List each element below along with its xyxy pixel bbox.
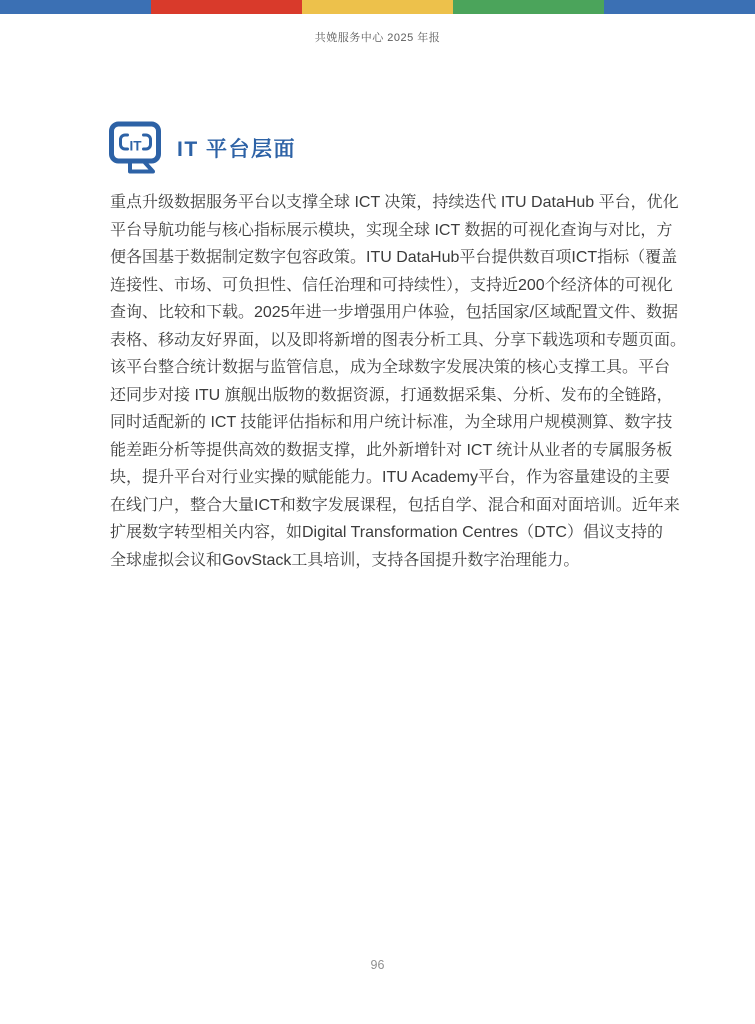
bar-segment <box>302 0 453 14</box>
top-color-bar <box>0 0 755 14</box>
paragraph-line: 平台导航功能与核心指标展示模块，实现全球 ICT 数据的可视化查询与对比，方 <box>110 217 648 245</box>
paragraph-line: 重点升级数据服务平台以支撑全球 ICT 决策，持续迭代 ITU DataHub … <box>110 189 648 217</box>
paragraph-line: 能差距分析等提供高效的数据支撑，此外新增针对 ICT 统计从业者的专属服务板 <box>110 437 648 465</box>
paragraph-line: 块，提升平台对行业实操的赋能能力。ITU Academy平台，作为容量建设的主要 <box>110 464 648 492</box>
it-icon-label: IT <box>130 139 143 154</box>
paragraph-line: 该平台整合统计数据与监管信息，成为全球数字发展决策的核心支撑工具。平台 <box>110 354 648 382</box>
paragraph-line: 全球虚拟会议和GovStack工具培训，支持各国提升数字治理能力。 <box>110 547 648 575</box>
document-page: 共娩服务中心 2025 年报 IT IT 平台层面 重点升级数据服务平台以支撑全… <box>0 0 755 45</box>
page-content: IT IT 平台层面 重点升级数据服务平台以支撑全球 ICT 决策，持续迭代 I… <box>110 120 648 574</box>
paragraph-line: 查询、比较和下载。2025年进一步增强用户体验，包括国家/区域配置文件、数据 <box>110 299 648 327</box>
paragraph-line: 在线门户，整合大量ICT和数字发展课程，包括自学、混合和面对面培训。近年来 <box>110 492 648 520</box>
bar-segment <box>0 0 151 14</box>
section-header: IT IT 平台层面 <box>108 120 648 176</box>
paragraph-line: 便各国基于数据制定数字包容政策。ITU DataHub平台提供数百项ICT指标（… <box>110 244 648 272</box>
body-paragraph: 重点升级数据服务平台以支撑全球 ICT 决策，持续迭代 ITU DataHub … <box>110 189 648 574</box>
section-title: IT 平台层面 <box>177 133 296 163</box>
paragraph-line: 连接性、市场、可负担性、信任治理和可持续性），支持近200个经济体的可视化 <box>110 272 648 300</box>
paragraph-line: 表格、移动友好界面，以及即将新增的图表分析工具、分享下载选项和专题页面。 <box>110 327 648 355</box>
bar-segment <box>604 0 755 14</box>
paragraph-line: 还同步对接 ITU 旗舰出版物的数据资源，打通数据采集、分析、发布的全链路， <box>110 382 648 410</box>
page-number: 96 <box>0 958 755 972</box>
paragraph-line: 扩展数字转型相关内容，如Digital Transformation Centr… <box>110 519 648 547</box>
bar-segment <box>151 0 302 14</box>
paragraph-line: 同时适配新的 ICT 技能评估指标和用户统计标准，为全球用户规模测算、数字技 <box>110 409 648 437</box>
bar-segment <box>453 0 604 14</box>
it-monitor-icon: IT <box>108 120 162 176</box>
running-header: 共娩服务中心 2025 年报 <box>0 29 755 45</box>
